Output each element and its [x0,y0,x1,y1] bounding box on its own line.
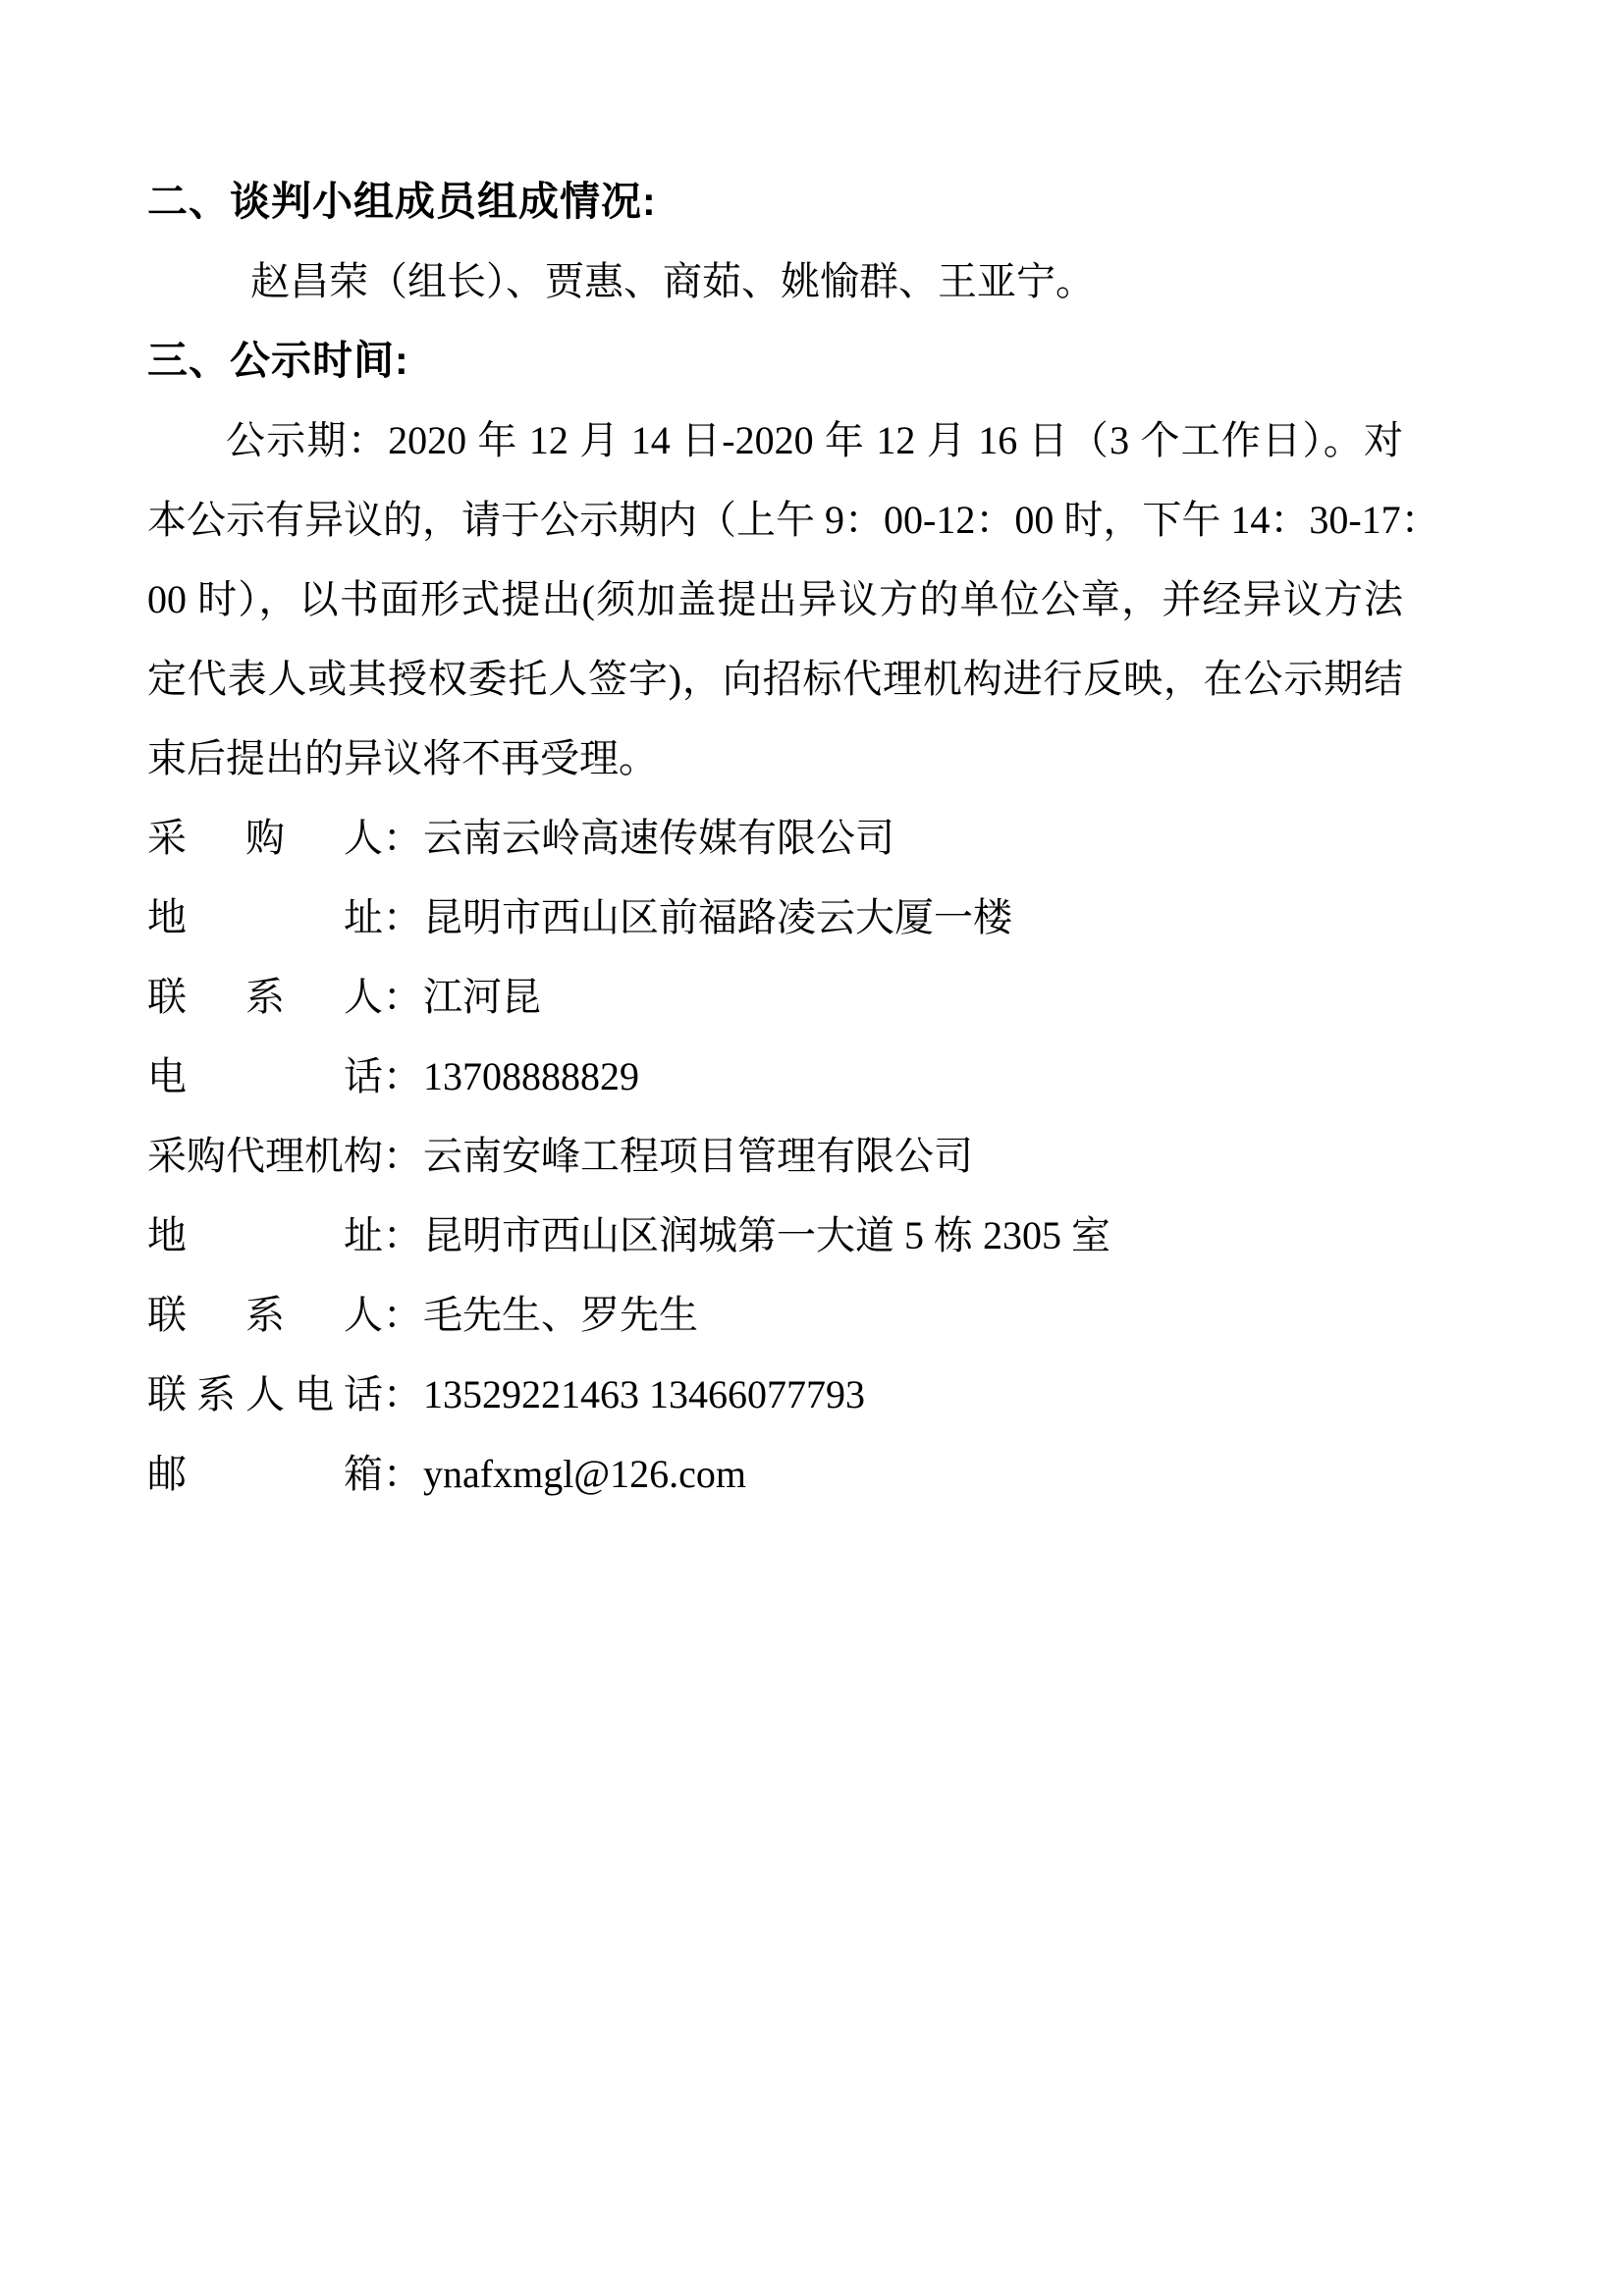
label-colon: ： [383,957,423,1037]
contact-row-purchaser-contact: 联系人 ： 江河昆 [147,957,1403,1037]
notice-paragraph-line: 本公示有异议的，请于公示期内（上午 9：00-12：00 时，下午 14：30-… [147,480,1403,560]
agency-label: 采购代理机构 [147,1116,383,1196]
contact-person-label: 联系人 [147,1275,383,1355]
contact-row-agency-email: 邮箱 ： ynafxmgl@126.com [147,1434,1403,1514]
label-colon: ： [383,1116,423,1196]
address-label: 地址 [147,878,383,957]
section-3-heading: 三、公示时间: [147,321,1403,400]
email-label: 邮箱 [147,1434,383,1514]
purchaser-address: 昆明市西山区前福路凌云大厦一楼 [423,878,1403,957]
contact-row-agency: 采购代理机构 ： 云南安峰工程项目管理有限公司 [147,1116,1403,1196]
agency-contact-persons: 毛先生、罗先生 [423,1275,1403,1355]
address-label: 地址 [147,1196,383,1275]
panel-members-text: 赵昌荣（组长）、贾惠、商茹、姚愉群、王亚宁。 [147,241,1403,321]
notice-paragraph-line: 定代表人或其授权委托人签字)，向招标代理机构进行反映，在公示期结 [147,639,1403,719]
label-colon: ： [383,1434,423,1514]
contact-row-purchaser-address: 地址 ： 昆明市西山区前福路凌云大厦一楼 [147,878,1403,957]
contact-row-agency-contact: 联系人 ： 毛先生、罗先生 [147,1275,1403,1355]
notice-paragraph-line: 00 时），以书面形式提出(须加盖提出异议方的单位公章，并经异议方法 [147,560,1403,639]
purchaser-label: 采购人 [147,798,383,878]
label-colon: ： [383,1037,423,1116]
agency-address: 昆明市西山区润城第一大道 5 栋 2305 室 [423,1196,1403,1275]
label-colon: ： [383,1355,423,1434]
contact-row-purchaser-phone: 电话 ： 13708888829 [147,1037,1403,1116]
label-colon: ： [383,798,423,878]
agency-email: ynafxmgl@126.com [423,1434,1403,1514]
label-colon: ： [383,1196,423,1275]
section-2-heading: 二、谈判小组成员组成情况: [147,162,1403,241]
contact-row-purchaser: 采购人 ： 云南云岭高速传媒有限公司 [147,798,1403,878]
label-colon: ： [383,878,423,957]
notice-paragraph-line: 束后提出的异议将不再受理。 [147,719,1403,798]
label-colon: ： [383,1275,423,1355]
contact-row-agency-phone: 联系人电话 ： 13529221463 13466077793 [147,1355,1403,1434]
contact-person-label: 联系人 [147,957,383,1037]
document-page: 二、谈判小组成员组成情况: 赵昌荣（组长）、贾惠、商茹、姚愉群、王亚宁。 三、公… [0,0,1624,2296]
agency-phones: 13529221463 13466077793 [423,1355,1403,1434]
purchaser-contact-person: 江河昆 [423,957,1403,1037]
notice-paragraph-line: 公示期：2020 年 12 月 14 日-2020 年 12 月 16 日（3 … [147,400,1403,480]
purchaser-name: 云南云岭高速传媒有限公司 [423,798,1403,878]
contact-phone-label: 联系人电话 [147,1355,383,1434]
phone-label: 电话 [147,1037,383,1116]
agency-name: 云南安峰工程项目管理有限公司 [423,1116,1403,1196]
contact-row-agency-address: 地址 ： 昆明市西山区润城第一大道 5 栋 2305 室 [147,1196,1403,1275]
purchaser-phone: 13708888829 [423,1037,1403,1116]
